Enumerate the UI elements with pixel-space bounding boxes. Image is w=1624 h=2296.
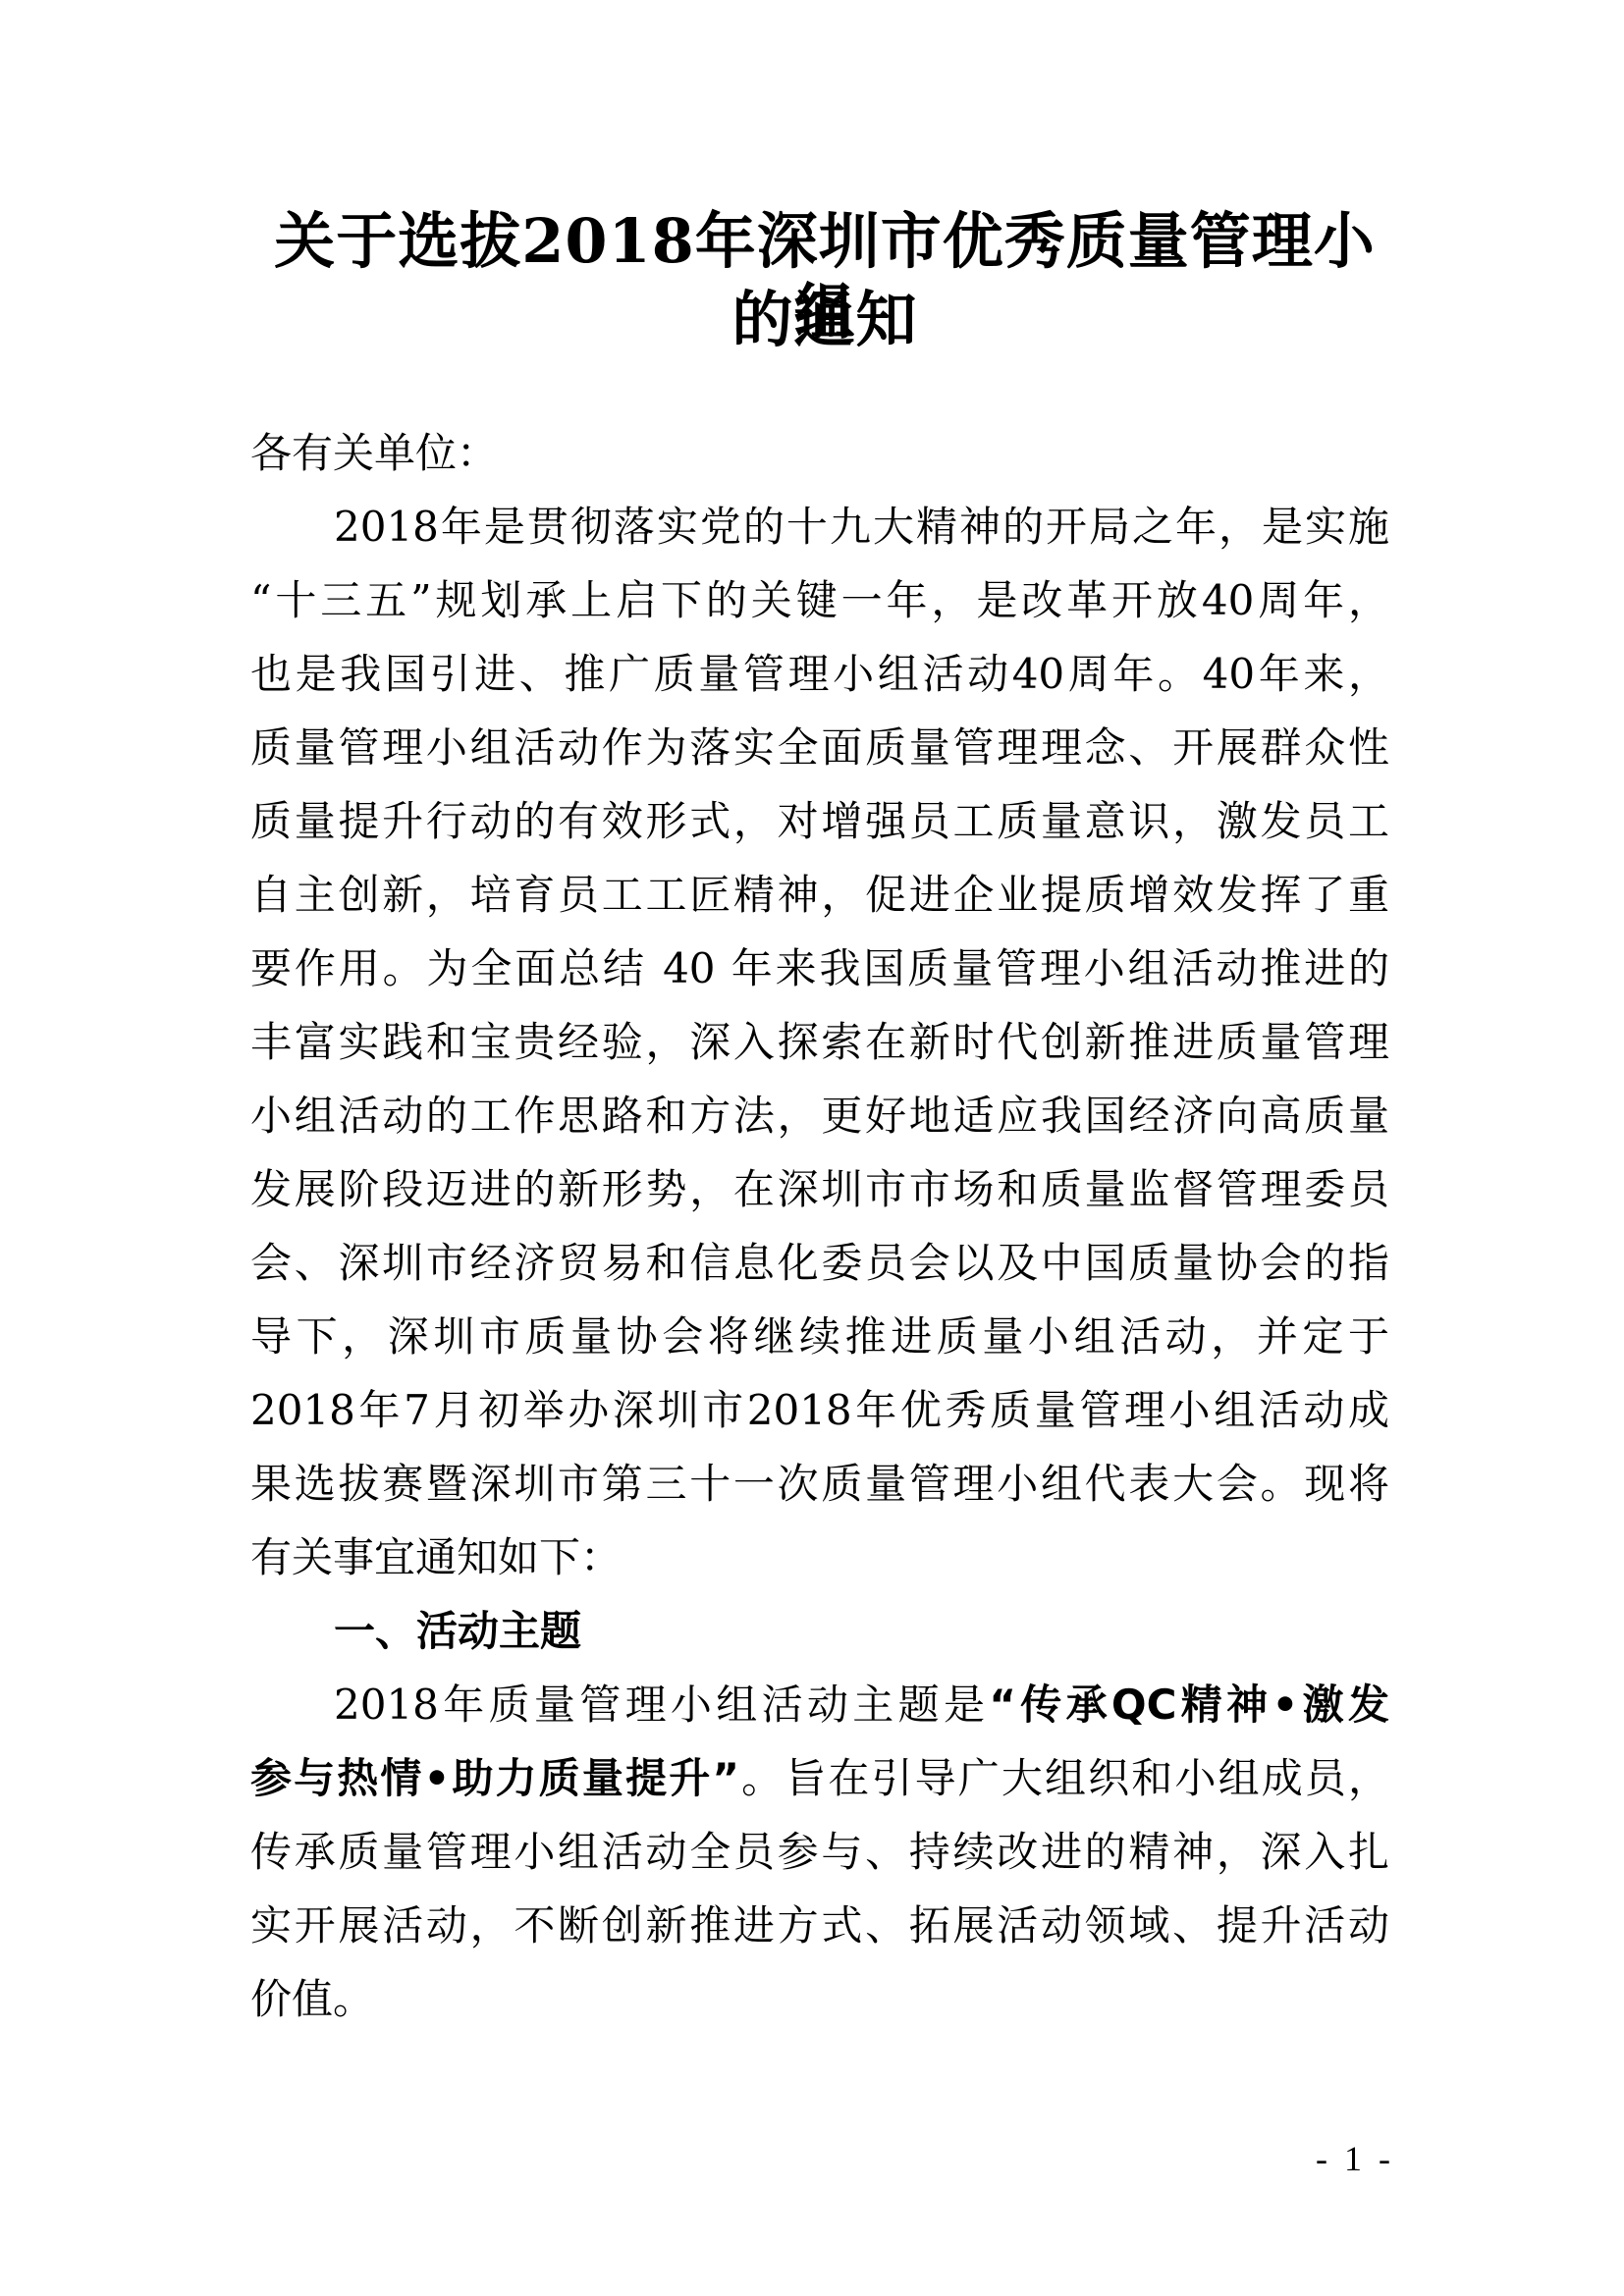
body-line: 要作用。为全面总结 40 年来我国质量管理小组活动推进的 xyxy=(250,944,1389,993)
body-line: 2018年是贯彻落实党的十九大精神的开局之年，是实施 xyxy=(334,503,1389,552)
body-line: 会、深圳市经济贸易和信息化委员会以及中国质量协会的指 xyxy=(250,1239,1389,1288)
body-line: 质量管理小组活动作为落实全面质量管理理念、开展群众性 xyxy=(250,723,1389,773)
body-line: 自主创新，培育员工工匠精神，促进企业提质增效发挥了重 xyxy=(250,871,1389,920)
document-page: 关于选拔2018年深圳市优秀质量管理小组 的通知 各有关单位： 2018年是贯彻… xyxy=(0,0,1624,2296)
theme-slogan-part-1: “传承QC精神•激发 xyxy=(989,1681,1389,1729)
body-line: 质量提升行动的有效形式，对增强员工质量意识，激发员工 xyxy=(250,797,1389,846)
section-heading: 一、活动主题 xyxy=(334,1607,581,1656)
document-title-line-2: 的通知 xyxy=(245,285,1404,355)
body-line: 发展阶段迈进的新形势，在深圳市市场和质量监督管理委员 xyxy=(250,1165,1389,1214)
body-line: 传承质量管理小组活动全员参与、持续改进的精神，深入扎 xyxy=(250,1828,1389,1877)
body-line: 实开展活动，不断创新推进方式、拓展活动领域、提升活动 xyxy=(250,1901,1389,1950)
theme-rest: 。旨在引导广大组织和小组成员， xyxy=(739,1754,1389,1802)
body-line: 导下，深圳市质量协会将继续推进质量小组活动，并定于 xyxy=(250,1312,1389,1362)
theme-slogan-part-2: 参与热情•助力质量提升” xyxy=(250,1754,739,1802)
theme-line-1: 2018年质量管理小组活动主题是“传承QC精神•激发 xyxy=(334,1681,1389,1730)
theme-prefix: 2018年质量管理小组活动主题是 xyxy=(334,1681,989,1729)
body-line: 也是我国引进、推广质量管理小组活动40周年。40年来， xyxy=(250,650,1389,699)
body-line: 丰富实践和宝贵经验，深入探索在新时代创新推进质量管理 xyxy=(250,1018,1389,1067)
body-line: 果选拔赛暨深圳市第三十一次质量管理小组代表大会。现将 xyxy=(250,1460,1389,1509)
body-line: 2018年7月初举办深圳市2018年优秀质量管理小组活动成 xyxy=(250,1386,1389,1435)
page-number: - 1 - xyxy=(1316,2138,1394,2179)
salutation: 各有关单位： xyxy=(250,429,1389,478)
body-line: 有关事宜通知如下： xyxy=(250,1533,1389,1582)
body-line: 价值。 xyxy=(250,1975,1389,2024)
body-line: “十三五”规划承上启下的关键一年，是改革开放40周年， xyxy=(250,576,1389,625)
theme-line-2: 参与热情•助力质量提升”。旨在引导广大组织和小组成员， xyxy=(250,1754,1389,1803)
body-line: 小组活动的工作思路和方法，更好地适应我国经济向高质量 xyxy=(250,1092,1389,1141)
